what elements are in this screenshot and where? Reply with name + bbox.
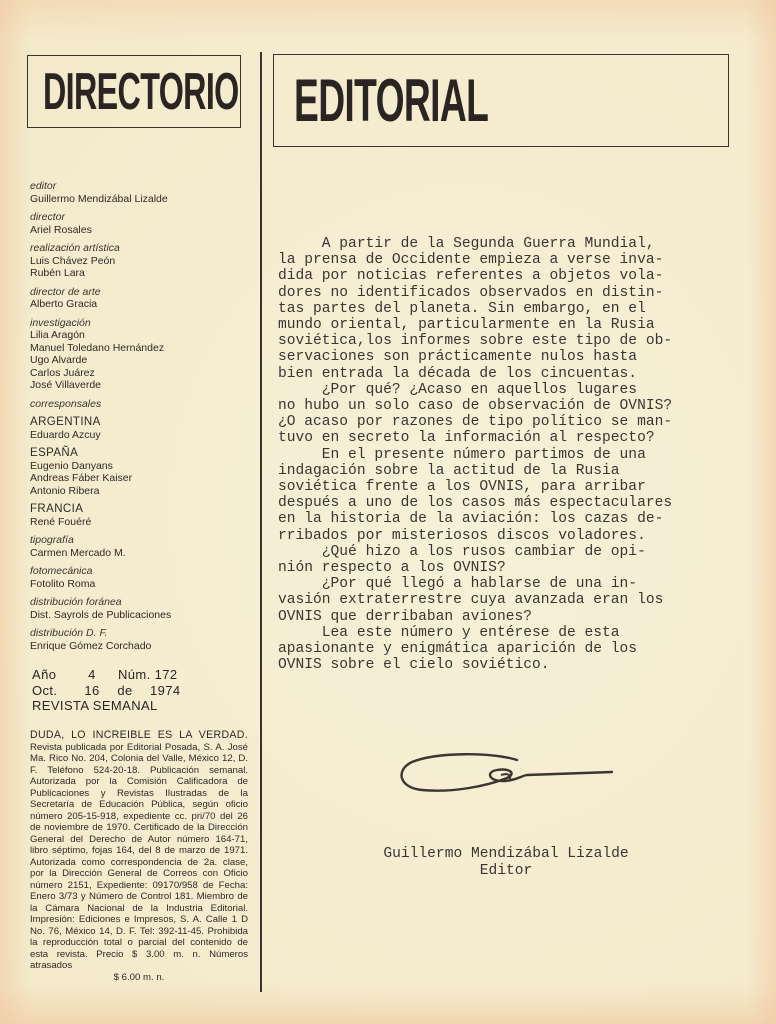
directory-group: tipografíaCarmen Mercado M. [30,534,245,559]
editorial-line: dida por noticias referentes a objetos v… [278,268,718,284]
directory-person: Eduardo Azcuy [30,429,245,442]
editorial-line: OVNIS que derribaban aviones? [278,609,718,625]
editorial-line: apasionante y enigmática aparición de lo… [278,641,718,657]
editorial-line: soviética,los informes sobre este tipo d… [278,333,718,349]
directory-person: Antonio Ribera [30,485,245,498]
directory-title: DIRECTORIO [43,64,239,120]
editorial-line: bien entrada la década de los cincuentas… [278,366,718,382]
directory-person: René Fouéré [30,516,245,529]
directory-person: Fotolito Roma [30,578,245,591]
year-value: 4 [76,667,108,683]
publication-frequency: REVISTA SEMANAL [32,698,232,714]
signer-title: Editor [300,863,712,880]
editorial-line: nión respecto a los OVNIS? [278,560,718,576]
directory-person: Carlos Juárez [30,367,245,380]
signer-name: Guillermo Mendizábal Lizalde [300,846,712,863]
directory-role: realización artística [30,242,245,255]
directory-role: editor [30,180,245,193]
date-de: de [108,683,142,699]
editorial-line: ¿Por qué llegó a hablarse de una in- [278,576,718,592]
signer-block: Guillermo Mendizábal Lizalde Editor [300,846,712,880]
directory-country: ARGENTINA [30,416,245,429]
directory-group: directorAriel Rosales [30,211,245,236]
directory-role: director de arte [30,286,245,299]
directory-group: distribución D. F.Enrique Gómez Corchado [30,627,245,652]
directory-person: Lilia Aragón [30,329,245,342]
directory-country: FRANCIA [30,503,245,516]
date-month: Oct. [32,683,76,699]
directory-group: corresponsales [30,398,245,411]
editorial-line: Lea este número y entérese de esta [278,625,718,641]
editorial-line: soviética frente a los OVNIS, para arrib… [278,479,718,495]
directory-person: Andreas Fáber Kaiser [30,472,245,485]
editorial-line: rribados por misteriosos discos voladore… [278,528,718,544]
editorial-line: vasión extraterrestre cuya avanzada eran… [278,592,718,608]
editorial-line: servaciones son prácticamente nulos hast… [278,349,718,365]
date-day: 16 [76,683,108,699]
editorial-line: la prensa de Occidente empieza a verse i… [278,252,718,268]
directory-person: Rubén Lara [30,267,245,280]
directory-person: Manuel Toledano Hernández [30,342,245,355]
editorial-line: no hubo un solo caso de observación de O… [278,398,718,414]
directory-person: Carmen Mercado M. [30,547,245,560]
year-label: Año [32,667,76,683]
directory-group: fotomecánicaFotolito Roma [30,565,245,590]
editorial-line: ¿Por qué? ¿Acaso en aquellos lugares [278,382,718,398]
legal-notice: DUDA, LO INCREIBLE ES LA VERDAD. Revista… [30,730,248,983]
directory-person: Ugo Alvarde [30,354,245,367]
issue-number: Núm. 172 [118,667,178,683]
staff-directory: editorGuillermo Mendizábal Lizaldedirect… [30,180,245,658]
magazine-tagline: DUDA, LO INCREIBLE ES LA VERDAD. [30,730,248,742]
editorial-line: tuvo en secreto la información al respec… [278,430,718,446]
issue-date-row: Oct. 16 de 1974 [32,683,232,699]
directory-role: director [30,211,245,224]
legal-body: Revista publicada por Editorial Posada, … [30,742,248,972]
date-year: 1974 [150,683,181,699]
editorial-line: mundo oriental, particularmente en la Ru… [278,317,718,333]
directory-country: ESPAÑA [30,447,245,460]
directory-person: José Villaverde [30,379,245,392]
directory-role: investigación [30,317,245,330]
editorial-line: A partir de la Segunda Guerra Mundial, [278,236,718,252]
directory-group: ARGENTINAEduardo Azcuy [30,416,245,441]
directory-role: fotomecánica [30,565,245,578]
directory-person: Enrique Gómez Corchado [30,640,245,653]
directory-person: Eugenio Danyans [30,460,245,473]
issue-info: Año 4 Núm. 172 Oct. 16 de 1974 REVISTA S… [32,667,232,714]
editorial-line: dores no identificados observados en dis… [278,285,718,301]
directory-person: Dist. Sayrols de Publicaciones [30,609,245,622]
editorial-line: En el presente número partimos de una [278,447,718,463]
editorial-line: OVNIS sobre el cielo soviético. [278,657,718,673]
back-issue-price: $ 6.00 m. n. [30,972,248,984]
editorial-line: indagación sobre la actitud de la Rusia [278,463,718,479]
directory-group: distribución foráneaDist. Sayrols de Pub… [30,596,245,621]
directory-group: director de arteAlberto Gracia [30,286,245,311]
column-divider [260,52,262,992]
directory-role: distribución foránea [30,596,245,609]
directory-role: tipografía [30,534,245,547]
directory-person: Luis Chávez Peón [30,255,245,268]
directory-role: corresponsales [30,398,245,411]
directory-group: FRANCIARené Fouéré [30,503,245,528]
editorial-header-box: EDITORIAL [273,54,729,147]
editorial-line: tas partes del planeta. Sin embargo, en … [278,301,718,317]
directory-group: investigaciónLilia AragónManuel Toledano… [30,317,245,392]
directory-group: realización artísticaLuis Chávez PeónRub… [30,242,245,280]
editorial-title: EDITORIAL [294,69,488,133]
editorial-body: A partir de la Segunda Guerra Mundial,la… [278,236,718,673]
issue-number-row: Año 4 Núm. 172 [32,667,232,683]
editorial-line: ¿Qué hizo a los rusos cambiar de opi- [278,544,718,560]
editorial-line: ¿O acaso por razones de tipo político se… [278,414,718,430]
directory-person: Alberto Gracia [30,298,245,311]
directory-person: Guillermo Mendizábal Lizalde [30,193,245,206]
editorial-line: en la historia de la aviación: los cazas… [278,511,718,527]
signature-icon [397,748,627,808]
directory-group: ESPAÑAEugenio DanyansAndreas Fáber Kaise… [30,447,245,497]
editorial-line: después a uno de los casos más espectacu… [278,495,718,511]
directory-group: editorGuillermo Mendizábal Lizalde [30,180,245,205]
directory-role: distribución D. F. [30,627,245,640]
directory-header-box: DIRECTORIO [27,55,241,128]
directory-person: Ariel Rosales [30,224,245,237]
